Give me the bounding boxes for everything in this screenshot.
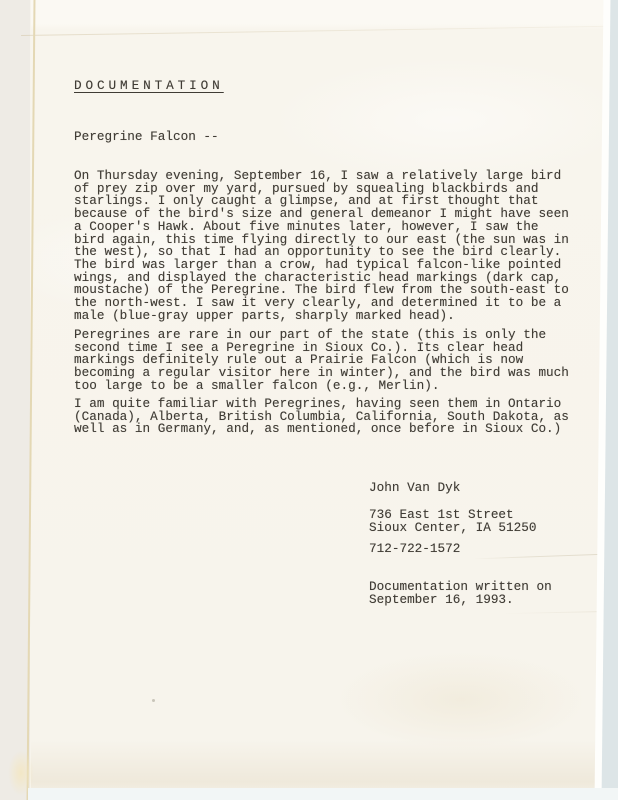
- scanner-background-left: [0, 0, 30, 800]
- paper-speck: [152, 699, 155, 702]
- paper-crease-top: [21, 25, 618, 36]
- document-title: DOCUMENTATION: [74, 80, 224, 93]
- paper-page: DOCUMENTATION Peregrine Falcon -- On Thu…: [31, 0, 606, 788]
- signer-name: John Van Dyk: [369, 482, 460, 495]
- signer-phone: 712-722-1572: [369, 543, 460, 556]
- paragraph-rarity-identification: Peregrines are rare in our part of the s…: [74, 329, 569, 393]
- species-heading: Peregrine Falcon --: [74, 131, 219, 144]
- documentation-date-note: Documentation written on September 16, 1…: [369, 581, 552, 606]
- paper-crease-lower: [501, 611, 611, 614]
- scanned-document: DOCUMENTATION Peregrine Falcon -- On Thu…: [0, 0, 618, 800]
- signer-address: 736 East 1st Street Sioux Center, IA 512…: [369, 509, 537, 534]
- paragraph-observer-experience: I am quite familiar with Peregrines, hav…: [74, 398, 569, 436]
- paper-blotch: [8, 750, 34, 796]
- scanner-background-bottom: [28, 788, 618, 800]
- paper-crease-middle: [471, 554, 611, 560]
- paragraph-sighting-description: On Thursday evening, September 16, I saw…: [74, 170, 569, 322]
